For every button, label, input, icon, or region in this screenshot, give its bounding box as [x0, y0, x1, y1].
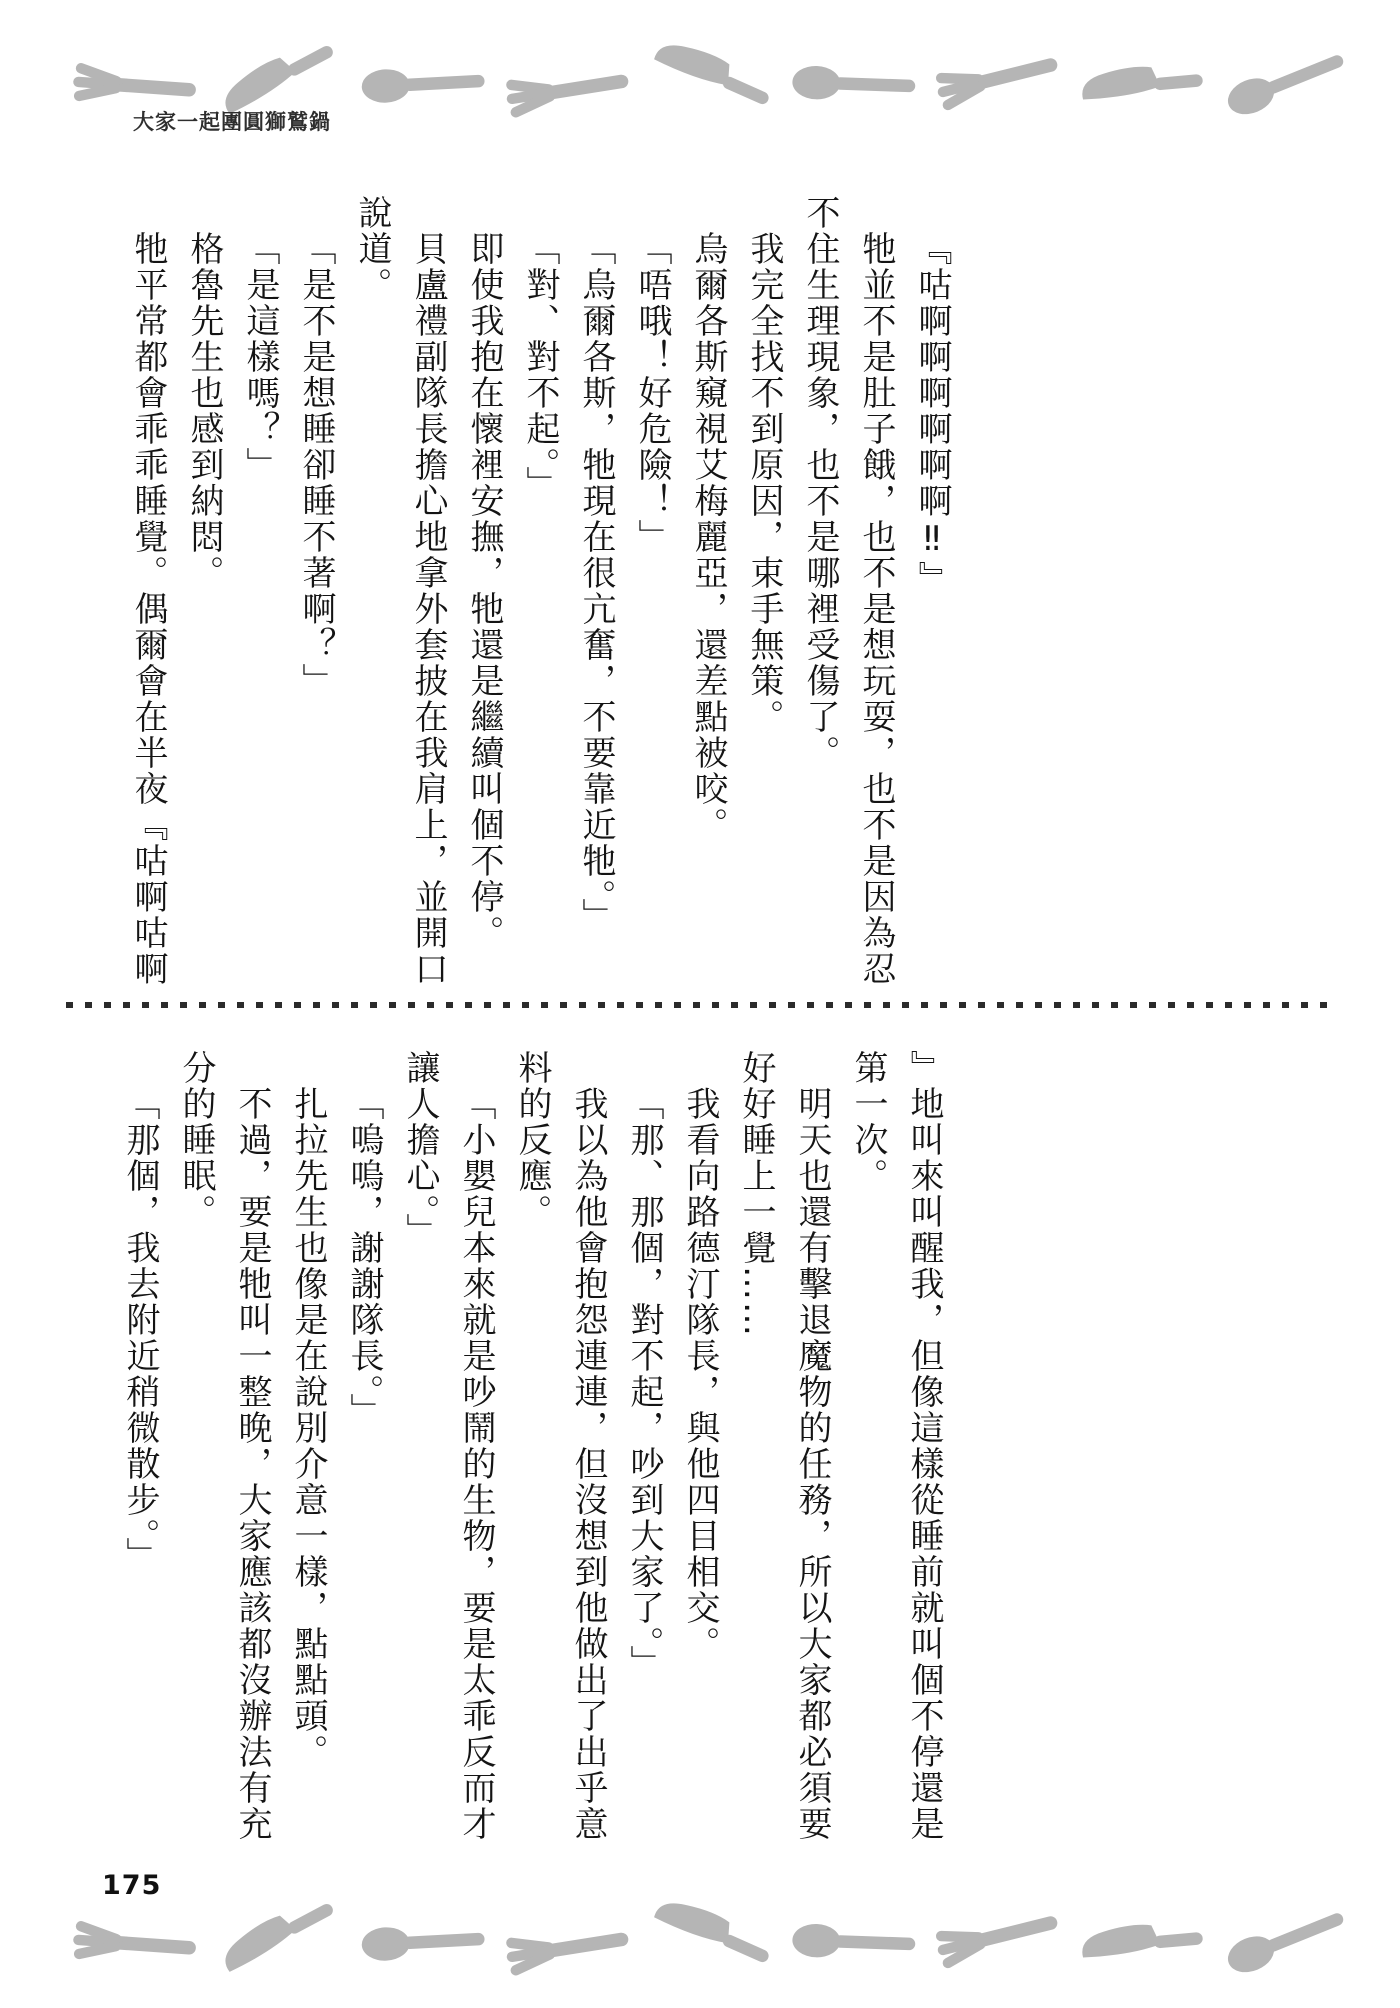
text-column: 明天也還有擊退魔物的任務，所以大家都必須要 — [784, 1050, 840, 1846]
text-column: 「嗚嗚，謝謝隊長。」 — [336, 1050, 392, 1846]
knife-icon — [1077, 1915, 1209, 1976]
text-column: 讓人擔心。」 — [392, 1050, 448, 1846]
spoon-icon — [358, 1914, 488, 1971]
text-column: 『咕啊啊啊啊啊啊‼』 — [904, 195, 960, 991]
text-column: 我完全找不到原因，束手無策。 — [736, 195, 792, 991]
knife-icon — [643, 1887, 780, 1985]
header-title: 大家一起團圓獅鷲鍋 — [133, 106, 331, 136]
lower-text-block: 』地叫來叫醒我，但像這樣從睡前就叫個不停還是第一次。明天也還有擊退魔物的任務，所… — [112, 1050, 952, 1846]
spoon-icon — [1218, 35, 1355, 129]
text-column: 我看向路德汀隊長，與他四目相交。 — [672, 1050, 728, 1846]
text-column: 第一次。 — [840, 1050, 896, 1846]
spoon-icon — [1218, 1893, 1355, 1987]
text-column: 「唔哦！好危險！」 — [624, 195, 680, 991]
book-page: { "page": { "header_title": "大家一起團圓獅鷲鍋",… — [0, 0, 1400, 2008]
text-column: 說道。 — [344, 195, 400, 991]
text-column: 』地叫來叫醒我，但像這樣從睡前就叫個不停還是 — [896, 1050, 952, 1846]
text-column: 格魯先生也感到納悶。 — [176, 195, 232, 991]
text-column: 「那個，我去附近稍微散步。」 — [112, 1050, 168, 1846]
bottom-border — [72, 1908, 1350, 1968]
text-column: 不過，要是牠叫一整晚，大家應該都沒辦法有充 — [224, 1050, 280, 1846]
upper-text-block: 『咕啊啊啊啊啊啊‼』牠並不是肚子餓，也不是想玩耍，也不是因為忍不住生理現象，也不… — [120, 195, 960, 991]
text-column: 「對、對不起。」 — [512, 195, 568, 991]
text-column: 「是這樣嗎？」 — [232, 195, 288, 991]
spoon-icon — [790, 57, 920, 111]
fork-icon — [930, 38, 1066, 117]
knife-icon — [212, 1886, 348, 1990]
text-column: 牠並不是肚子餓，也不是想玩耍，也不是因為忍 — [848, 195, 904, 991]
fork-icon — [70, 1915, 201, 1974]
text-column: 好好睡上一覺…… — [728, 1050, 784, 1846]
fork-icon — [502, 55, 636, 124]
top-border — [72, 50, 1350, 110]
text-column: 我以為他會抱怨連連，但沒想到他做出了出乎意 — [560, 1050, 616, 1846]
fork-icon — [502, 1913, 636, 1982]
text-column: 「烏爾各斯，牠現在很亢奮，不要靠近牠。」 — [568, 195, 624, 991]
text-column: 即使我抱在懷裡安撫，牠還是繼續叫個不停。 — [456, 195, 512, 991]
section-divider — [66, 1002, 1334, 1008]
text-column: 貝盧禮副隊長擔心地拿外套披在我肩上，並開口 — [400, 195, 456, 991]
text-column: 料的反應。 — [504, 1050, 560, 1846]
spoon-icon — [790, 1915, 920, 1969]
spoon-icon — [358, 56, 488, 113]
text-column: 不住生理現象，也不是哪裡受傷了。 — [792, 195, 848, 991]
text-column: 扎拉先生也像是在說別介意一樣，點點頭。 — [280, 1050, 336, 1846]
text-column: 「那、那個，對不起，吵到大家了。」 — [616, 1050, 672, 1846]
fork-icon — [930, 1896, 1066, 1975]
text-column: 分的睡眠。 — [168, 1050, 224, 1846]
text-column: 「小嬰兒本來就是吵鬧的生物，要是太乖反而才 — [448, 1050, 504, 1846]
knife-icon — [643, 29, 780, 127]
text-column: 烏爾各斯窺視艾梅麗亞，還差點被咬。 — [680, 195, 736, 991]
text-column: 牠平常都會乖乖睡覺。偶爾會在半夜『咕啊咕啊 — [120, 195, 176, 991]
knife-icon — [1077, 57, 1209, 118]
page-number: 175 — [102, 1870, 161, 1901]
text-column: 「是不是想睡卻睡不著啊？」 — [288, 195, 344, 991]
